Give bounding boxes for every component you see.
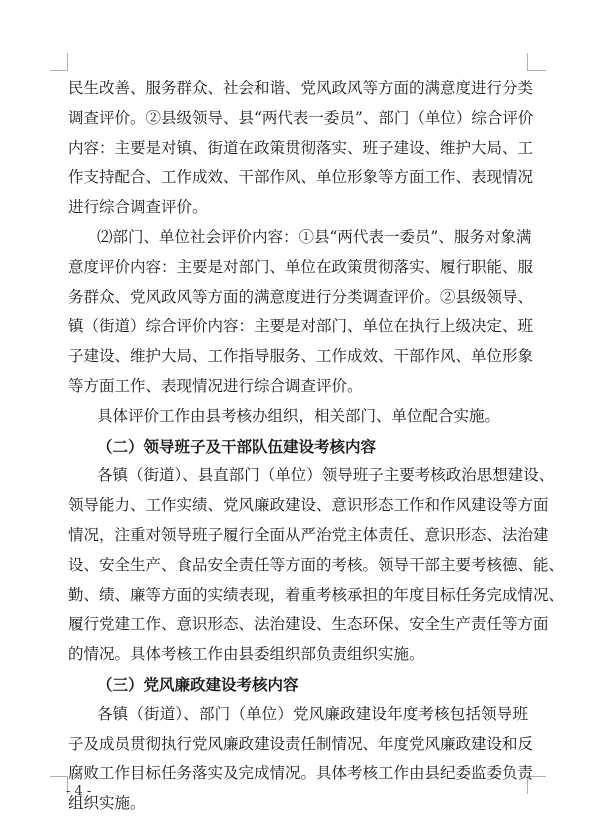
text-line: 子建设、维护大局、工作指导服务、工作成效、干部作风、单位形象 [68, 342, 528, 372]
text-line: 的情况。具体考核工作由县委组织部负责组织实施。 [68, 640, 528, 670]
text-line: 设、安全生产、食品安全责任等方面的考核。领导干部主要考核德、能、 [68, 551, 528, 581]
text-line: 勤、绩、廉等方面的实绩表现，着重考核承担的年度目标任务完成情况、 [68, 581, 528, 611]
text-line: 意度评价内容：主要是对部门、单位在政策贯彻落实、履行职能、服 [68, 253, 528, 283]
section-heading: （二）领导班子及干部队伍建设考核内容 [68, 432, 528, 462]
text-line: 情况，注重对领导班子履行全面从严治党主体责任、意识形态、法治建 [68, 521, 528, 551]
text-line: 作支持配合、工作成效、干部作风、单位形象等方面工作、表现情况 [68, 163, 528, 193]
text-line: 内容：主要是对镇、街道在政策贯彻落实、班子建设、维护大局、工 [68, 134, 528, 164]
text-line: 调查评价。②县级领导、县“两代表一委员”、部门（单位）综合评价 [68, 104, 528, 134]
text-line: 腐败工作目标任务落实及完成情况。具体考核工作由县纪委监委负责 [68, 759, 528, 789]
corner-mark-top-right [527, 53, 546, 71]
text-line: 进行综合调查评价。 [68, 193, 528, 223]
text-line: 等方面工作、表现情况进行综合调查评价。 [68, 372, 528, 402]
text-line: 各镇（街道）、县直部门（单位）领导班子主要考核政治思想建设、 [68, 461, 528, 491]
text-line: 子及成员贯彻执行党风廉政建设责任制情况、年度党风廉政建设和反 [68, 730, 528, 760]
text-line: 务群众、党风政风等方面的满意度进行分类调查评价。②县级领导、 [68, 283, 528, 313]
text-line: 领导能力、工作实绩、党风廉政建设、意识形态工作和作风建设等方面 [68, 491, 528, 521]
text-line: 履行党建工作、意识形态、法治建设、生态环保、安全生产责任等方面 [68, 610, 528, 640]
section-heading: （三）党风廉政建设考核内容 [68, 670, 528, 700]
text-line: 各镇（街道）、部门（单位）党风廉政建设年度考核包括领导班 [68, 700, 528, 730]
text-line: 具体评价工作由县考核办组织，相关部门、单位配合实施。 [68, 402, 528, 432]
text-line: 民生改善、服务群众、社会和谐、党风政风等方面的满意度进行分类 [68, 74, 528, 104]
text-line: 镇（街道）综合评价内容：主要是对部门、单位在执行上级决定、班 [68, 312, 528, 342]
text-line: 组织实施。 [68, 789, 528, 819]
text-line: ⑵部门、单位社会评价内容：①县“两代表一委员”、服务对象满 [68, 223, 528, 253]
corner-mark-top-left [50, 53, 68, 71]
document-body: 民生改善、服务群众、社会和谐、党风政风等方面的满意度进行分类 调查评价。②县级领… [68, 74, 528, 819]
page-number: - 4 - [66, 784, 91, 799]
